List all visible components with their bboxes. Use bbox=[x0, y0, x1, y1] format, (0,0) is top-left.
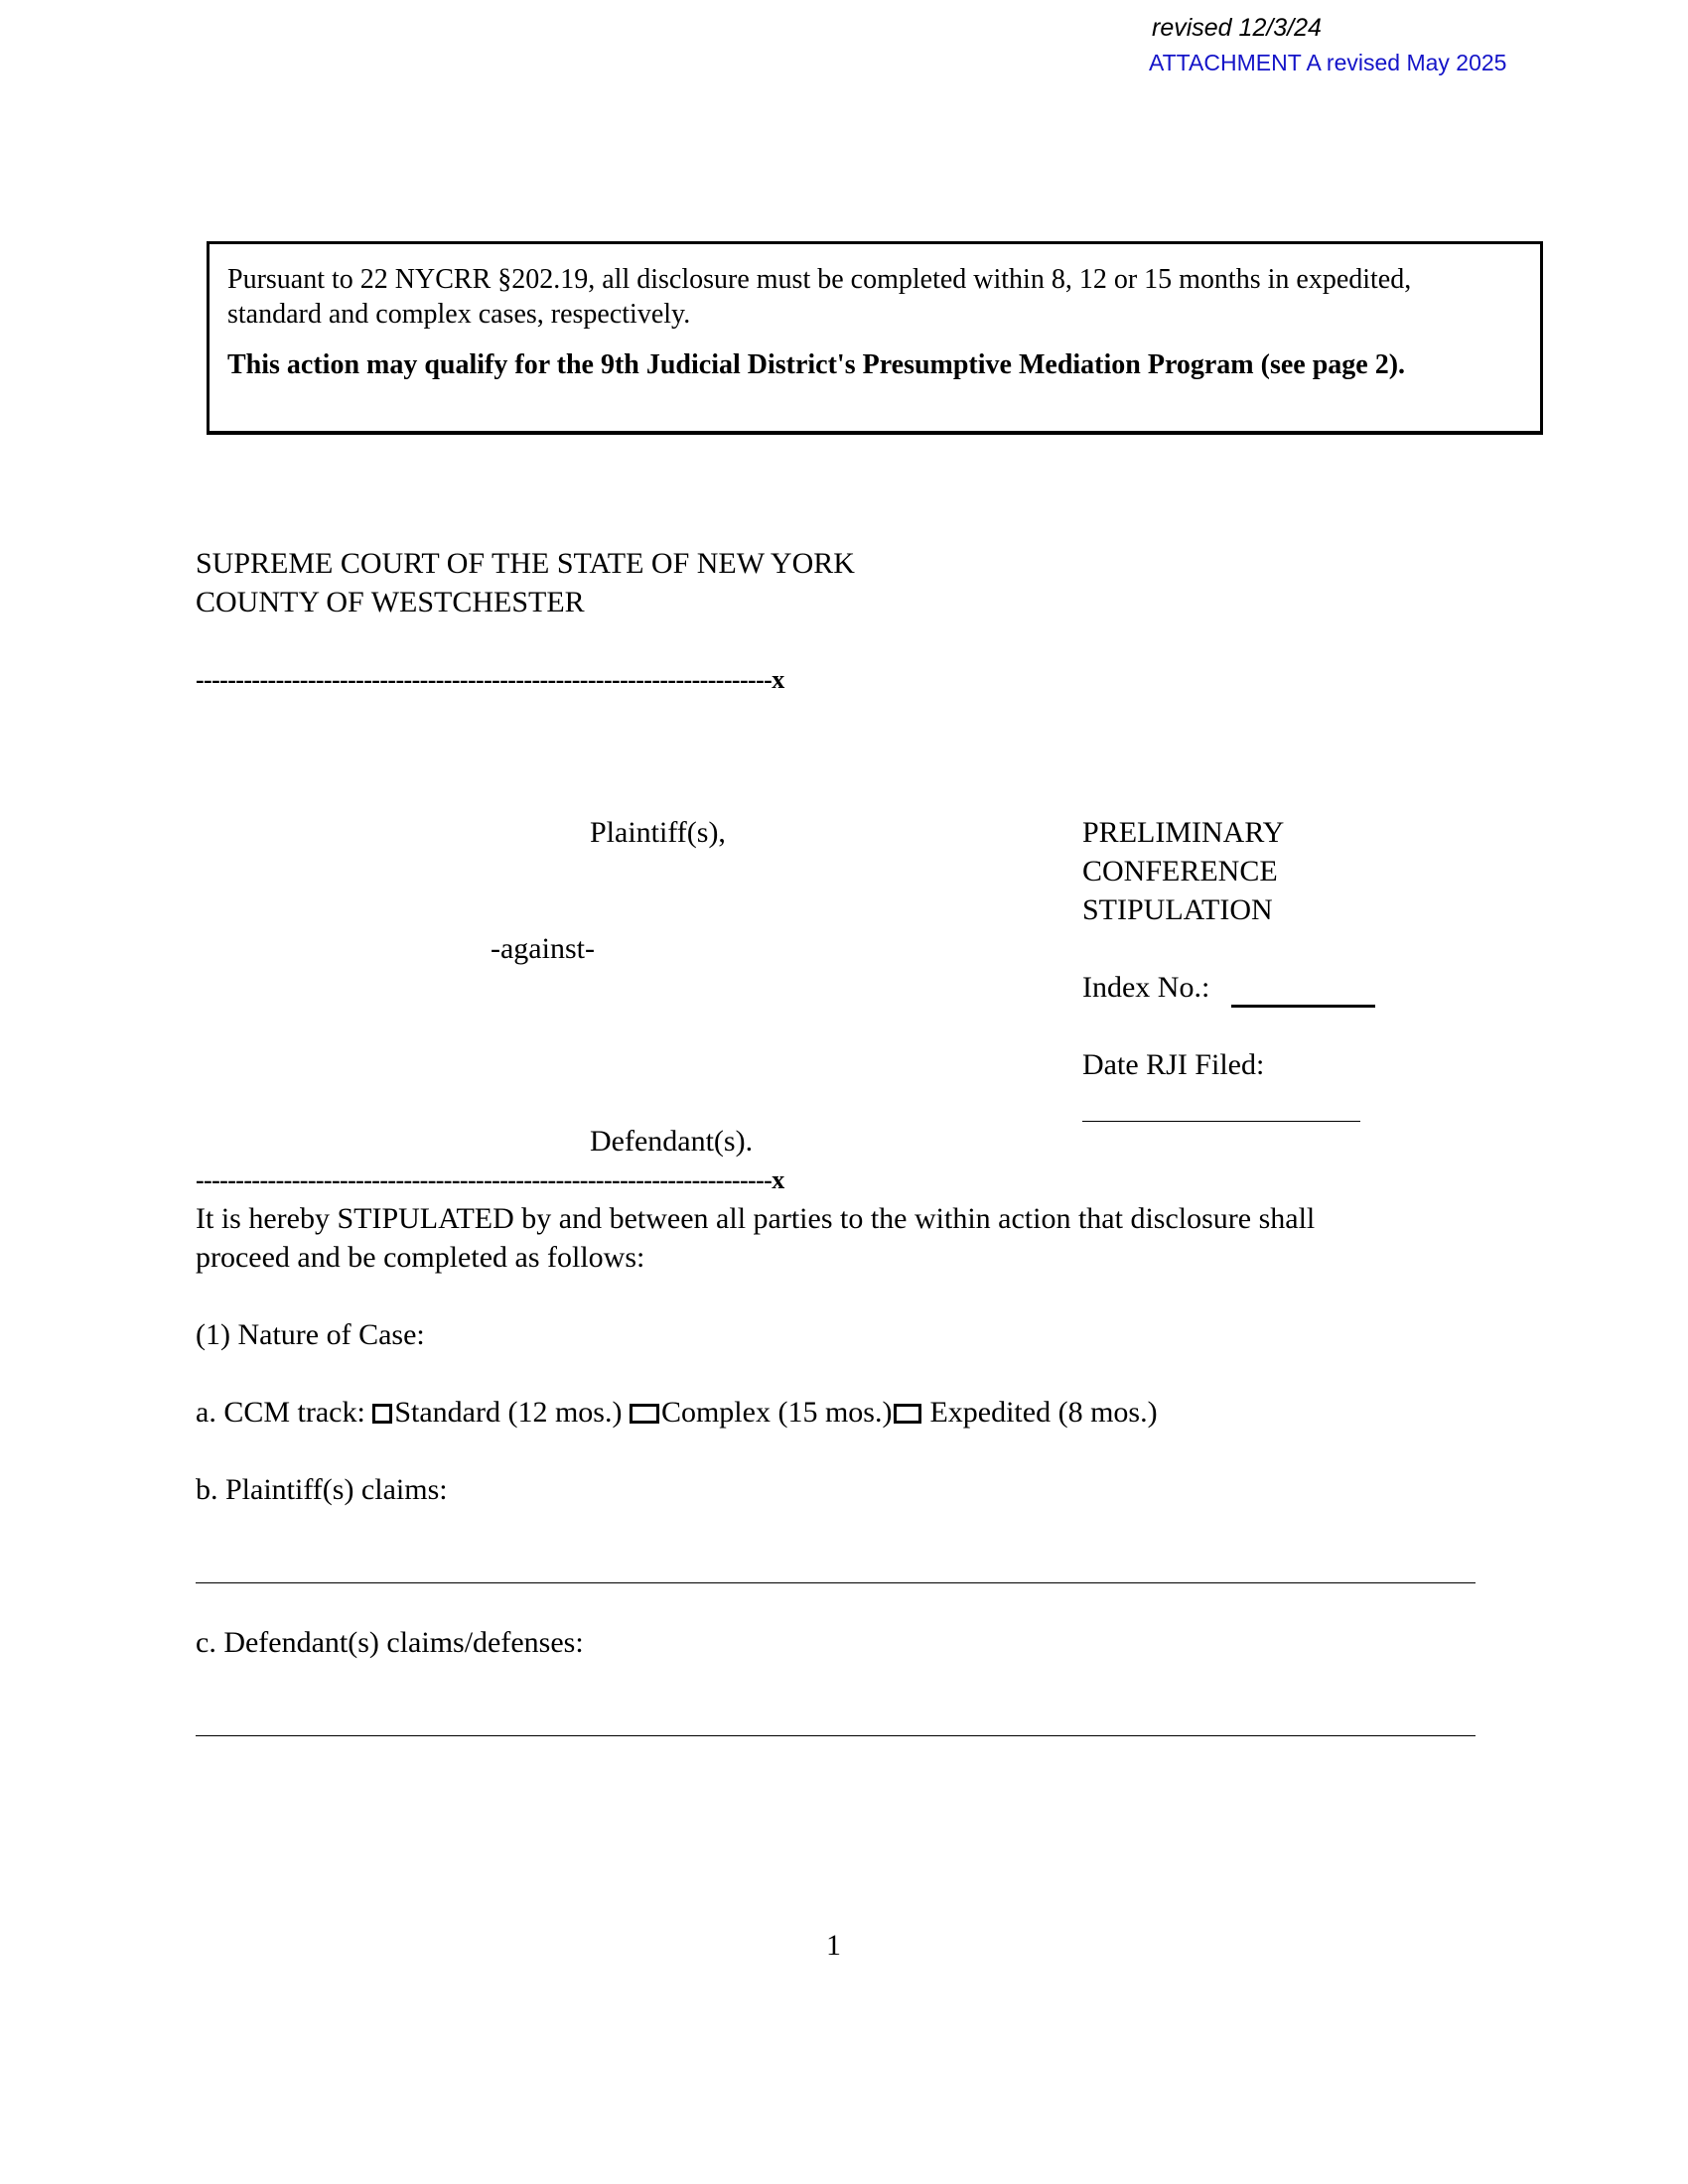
stipulation-intro-line-2: proceed and be completed as follows: bbox=[196, 1241, 644, 1275]
disclosure-notice-line-1: Pursuant to 22 NYCRR §202.19, all disclo… bbox=[227, 262, 1528, 297]
plaintiff-label: Plaintiff(s), bbox=[590, 816, 726, 850]
notice-box: Pursuant to 22 NYCRR §202.19, all disclo… bbox=[207, 241, 1543, 435]
plaintiff-claims-label: b. Plaintiff(s) claims: bbox=[196, 1473, 448, 1507]
document-title-line-1: PRELIMINARY bbox=[1082, 816, 1284, 850]
defendant-label: Defendant(s). bbox=[590, 1125, 753, 1159]
document-title-line-2: CONFERENCE bbox=[1082, 855, 1278, 888]
defendant-claims-label: c. Defendant(s) claims/defenses: bbox=[196, 1626, 584, 1660]
date-rji-filed-label: Date RJI Filed: bbox=[1082, 1048, 1264, 1082]
option-complex-label: Complex (15 mos.) bbox=[661, 1396, 893, 1429]
option-expedited-label: Expedited (8 mos.) bbox=[929, 1396, 1157, 1429]
caption-bottom-divider: ----------------------------------------… bbox=[196, 1163, 784, 1197]
disclosure-notice: Pursuant to 22 NYCRR §202.19, all disclo… bbox=[227, 262, 1528, 332]
ccm-track-label: a. CCM track: bbox=[196, 1396, 365, 1429]
page-number: 1 bbox=[826, 1929, 841, 1963]
county-name: COUNTY OF WESTCHESTER bbox=[196, 586, 585, 619]
document-title-line-3: STIPULATION bbox=[1082, 893, 1273, 927]
checkbox-complex[interactable] bbox=[630, 1404, 659, 1424]
mediation-notice: This action may qualify for the 9th Judi… bbox=[227, 347, 1528, 382]
stipulation-intro-line-1: It is hereby STIPULATED by and between a… bbox=[196, 1202, 1315, 1236]
attachment-label: ATTACHMENT A revised May 2025 bbox=[1149, 50, 1506, 76]
index-number-label: Index No.: bbox=[1082, 971, 1209, 1005]
disclosure-notice-line-2: standard and complex cases, respectively… bbox=[227, 297, 1528, 332]
ccm-track-row: a. CCM track: Standard (12 mos.) Complex… bbox=[196, 1396, 1158, 1430]
index-number-field[interactable] bbox=[1231, 971, 1375, 1008]
against-label: -against- bbox=[491, 932, 595, 966]
plaintiff-claims-field[interactable] bbox=[196, 1549, 1476, 1583]
caption-top-divider: ----------------------------------------… bbox=[196, 663, 784, 697]
defendant-claims-field[interactable] bbox=[196, 1702, 1476, 1736]
option-standard-label: Standard (12 mos.) bbox=[394, 1396, 622, 1429]
checkbox-expedited[interactable] bbox=[894, 1404, 921, 1424]
section-nature-of-case: (1) Nature of Case: bbox=[196, 1318, 425, 1352]
court-name: SUPREME COURT OF THE STATE OF NEW YORK bbox=[196, 547, 855, 581]
checkbox-standard[interactable] bbox=[372, 1404, 392, 1424]
date-rji-filed-field[interactable] bbox=[1082, 1087, 1360, 1122]
revision-date: revised 12/3/24 bbox=[1152, 14, 1322, 43]
